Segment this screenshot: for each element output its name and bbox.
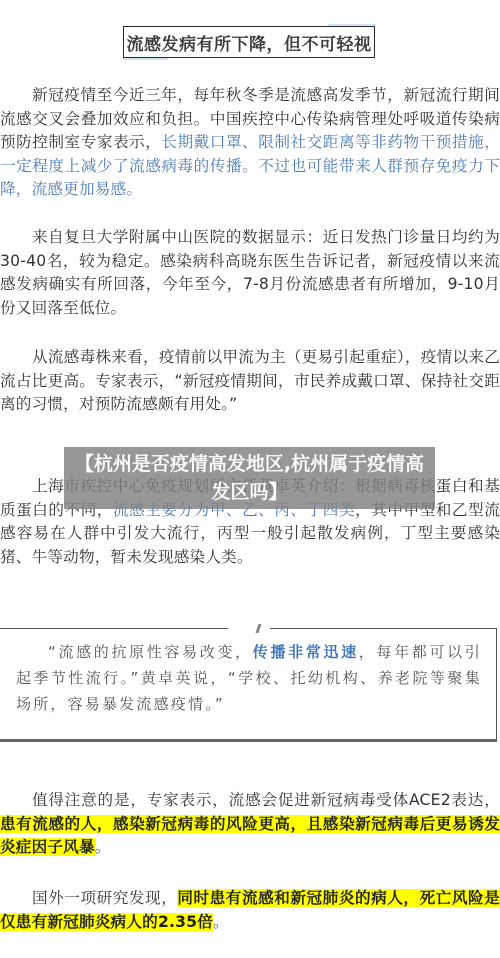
quote-box: “流感的抗原性容易改变，传播非常迅速，每年都可以引起季节性流行。”黄卓英说，“学… <box>0 628 497 742</box>
highlighted-text: 患有流感的人，感染新冠病毒的风险更高，且感染新冠病毒后更易诱发炎症因子风暴 <box>0 815 500 857</box>
section-title-text: 流感发病有所下降，但不可轻视 <box>127 30 372 55</box>
quote-border-gap <box>228 625 270 633</box>
article-title-overlay: 【杭州是否疫情高发地区,杭州属于疫情高发区吗】 <box>64 447 435 509</box>
paragraph-hospital-data: 来自复旦大学附属中山医院的数据显示：近日发热门诊量日均约为30-40名，较为稳定… <box>0 226 500 320</box>
paragraph-covid-flu-overlap: 新冠疫情至今近三年，每年秋冬季是流感高发季节，新冠流行期间流感交叉会叠加效应和负… <box>0 84 500 202</box>
title-accent-line-bottom <box>123 58 168 60</box>
paragraph-text: 来自复旦大学附属中山医院的数据显示：近日发热门诊量日均约为30-40名，较为稳定… <box>0 228 500 317</box>
paragraph-virus-strains: 从流感毒株来看，疫情前以甲流为主（更易引起重症），疫情以来乙流占比更高。专家表示… <box>0 346 500 417</box>
paragraph-text: 。 <box>213 913 229 931</box>
quote-text: “流感的抗原性容易改变，传播非常迅速，每年都可以引起季节性流行。”黄卓英说，“学… <box>16 639 482 717</box>
paragraph-ace2: 值得注意的是，专家表示，流感会促进新冠病毒受体ACE2表达，患有流感的人，感染新… <box>0 789 500 860</box>
quote-text-part: “流感的抗原性容易改变， <box>48 643 253 661</box>
paragraph-text: 值得注意的是，专家表示，流感会促进新冠病毒受体ACE2表达， <box>32 791 500 809</box>
paragraph-text: 从流感毒株来看，疫情前以甲流为主（更易引起重症），疫情以来乙流占比更高。专家表示… <box>0 348 500 413</box>
paragraph-text: 。 <box>95 838 111 856</box>
section-title: 流感发病有所下降，但不可轻视 <box>123 26 375 58</box>
paragraph-text: 国外一项研究发现， <box>32 889 177 907</box>
overlay-title-text: 【杭州是否疫情高发地区,杭州属于疫情高发区吗】 <box>70 450 429 506</box>
quote-emphasis: 传播非常迅速 <box>253 643 359 661</box>
paragraph-mortality-study: 国外一项研究发现，同时患有流感和新冠肺炎的病人，死亡风险是仅患有新冠肺炎病人的2… <box>0 887 500 934</box>
